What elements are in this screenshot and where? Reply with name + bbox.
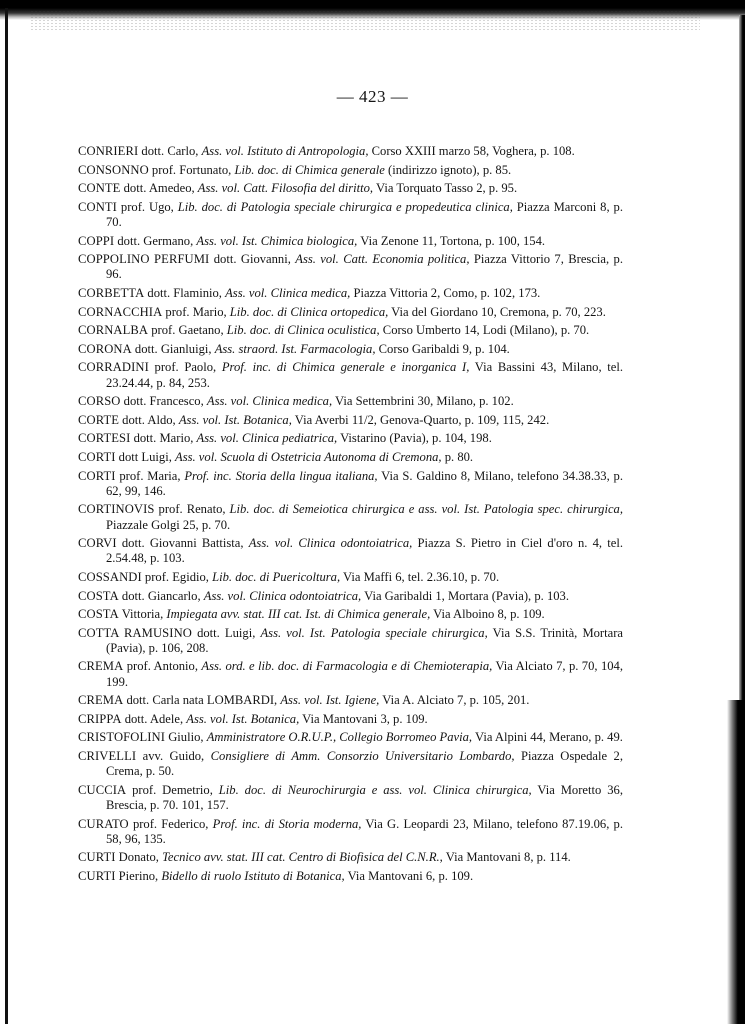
entry-role: Lib. doc. di Patologia speciale chirurgi…	[178, 200, 513, 214]
entry-address: Via Settembrini 30, Milano, p. 102.	[332, 394, 514, 408]
directory-entry: CORTI prof. Maria, Prof. inc. Storia del…	[78, 469, 623, 499]
entry-title-name: prof. Gaetano,	[148, 323, 227, 337]
entry-role: Amministratore O.R.U.P., Collegio Borrom…	[207, 730, 472, 744]
directory-entry: CORTI dott Luigi, Ass. vol. Scuola di Os…	[78, 450, 623, 465]
directory-entry: CURATO prof. Federico, Prof. inc. di Sto…	[78, 817, 623, 847]
entry-surname: CORTESI	[78, 431, 130, 445]
directory-entry: CORTESI dott. Mario, Ass. vol. Clinica p…	[78, 431, 623, 446]
directory-entry: COSTA dott. Giancarlo, Ass. vol. Clinica…	[78, 589, 623, 604]
entry-address: Via del Giordano 10, Cremona, p. 70, 223…	[388, 305, 606, 319]
entry-role: Prof. inc. di Storia moderna,	[213, 817, 362, 831]
entry-title-name: dott. Germano,	[114, 234, 196, 248]
entry-address: Via A. Alciato 7, p. 105, 201.	[379, 693, 529, 707]
entry-role: Ass. vol. Clinica odontoiatrica,	[249, 536, 413, 550]
directory-entry: CORBETTA dott. Flaminio, Ass. vol. Clini…	[78, 286, 623, 301]
entry-title-name: dott. Aldo,	[119, 413, 179, 427]
entry-surname: CORONA	[78, 342, 132, 356]
entry-title-name: prof. Paolo,	[149, 360, 222, 374]
directory-entry: CORSO dott. Francesco, Ass. vol. Clinica…	[78, 394, 623, 409]
entry-address: Vistarino (Pavia), p. 104, 198.	[337, 431, 492, 445]
entry-address: Corso Umberto 14, Lodi (Milano), p. 70.	[380, 323, 590, 337]
entry-title-name: dott. Carlo,	[138, 144, 201, 158]
entry-address: Via Mantovani 6, p. 109.	[345, 869, 473, 883]
entry-role: Ass. vol. Clinica medica,	[225, 286, 350, 300]
entry-title-name: dott. Gianluigi,	[132, 342, 215, 356]
directory-entry: CORTINOVIS prof. Renato, Lib. doc. di Se…	[78, 502, 623, 532]
directory-entry: CURTI Donato, Tecnico avv. stat. III cat…	[78, 850, 623, 865]
entry-surname: CONTE	[78, 181, 120, 195]
directory-entry: COPPI dott. Germano, Ass. vol. Ist. Chim…	[78, 234, 623, 249]
entry-role: Ass. ord. e lib. doc. di Farmacologia e …	[201, 659, 492, 673]
entry-title-name: dott. Mario,	[130, 431, 196, 445]
entry-title-name: prof. Renato,	[155, 502, 230, 516]
entry-address: Via Zenone 11, Tortona, p. 100, 154.	[357, 234, 545, 248]
entry-surname: COSTA	[78, 607, 119, 621]
entry-surname: CORVI	[78, 536, 117, 550]
directory-entry: CUCCIA prof. Demetrio, Lib. doc. di Neur…	[78, 783, 623, 813]
entry-address: Via Torquato Tasso 2, p. 95.	[373, 181, 517, 195]
directory-entry: CONTE dott. Amedeo, Ass. vol. Catt. Filo…	[78, 181, 623, 196]
entry-surname: CUCCIA	[78, 783, 126, 797]
entry-surname: CORSO	[78, 394, 121, 408]
entry-role: Ass. straord. Ist. Farmacologia,	[215, 342, 376, 356]
entry-title-name: prof. Federico,	[129, 817, 213, 831]
entry-role: Ass. vol. Istituto di Antropologia,	[202, 144, 369, 158]
entry-address: Piazza Vittoria 2, Como, p. 102, 173.	[350, 286, 540, 300]
entry-title-name: prof. Ugo,	[117, 200, 178, 214]
entry-surname: CORTI	[78, 469, 116, 483]
entry-address: (indirizzo ignoto), p. 85.	[385, 163, 511, 177]
entry-surname: CORTE	[78, 413, 119, 427]
entry-surname: CORNALBA	[78, 323, 148, 337]
directory-entry: CORONA dott. Gianluigi, Ass. straord. Is…	[78, 342, 623, 357]
entry-title-name: dott Luigi,	[116, 450, 175, 464]
directory-entry: CORNACCHIA prof. Mario, Lib. doc. di Cli…	[78, 305, 623, 320]
entry-role: Lib. doc. di Clinica oculistica,	[227, 323, 380, 337]
directory-entry: CRIVELLI avv. Guido, Consigliere di Amm.…	[78, 749, 623, 779]
directory-entry: CORRADINI prof. Paolo, Prof. inc. di Chi…	[78, 360, 623, 390]
entry-surname: CORTINOVIS	[78, 502, 155, 516]
entry-surname: COPPOLINO PERFUMI	[78, 252, 209, 266]
entry-surname: COPPI	[78, 234, 114, 248]
entry-address: Corso Garibaldi 9, p. 104.	[376, 342, 510, 356]
entry-title-name: dott. Carla nata LOMBARDI,	[123, 693, 280, 707]
entry-surname: CORRADINI	[78, 360, 149, 374]
entry-title-name: Vittoria,	[119, 607, 167, 621]
entry-address: Via Averbi 11/2, Genova-Quarto, p. 109, …	[292, 413, 549, 427]
entry-role: Ass. vol. Clinica odontoiatrica,	[204, 589, 361, 603]
entry-role: Ass. vol. Ist. Igiene,	[280, 693, 379, 707]
entry-surname: CONSONNO	[78, 163, 149, 177]
directory-entry: CRIPPA dott. Adele, Ass. vol. Ist. Botan…	[78, 712, 623, 727]
directory-entries: CONRIERI dott. Carlo, Ass. vol. Istituto…	[78, 144, 623, 888]
entry-role: Lib. doc. di Chimica generale	[234, 163, 384, 177]
entry-address: Corso XXIII marzo 58, Voghera, p. 108.	[368, 144, 574, 158]
entry-address: Via Maffi 6, tel. 2.36.10, p. 70.	[340, 570, 499, 584]
scan-right-shadow	[727, 700, 745, 1024]
entry-role: Prof. inc. di Chimica generale e inorgan…	[222, 360, 470, 374]
entry-role: Ass. vol. Scuola di Ostetricia Autonoma …	[175, 450, 442, 464]
entry-address: Via Garibaldi 1, Mortara (Pavia), p. 103…	[361, 589, 569, 603]
directory-entry: CONSONNO prof. Fortunato, Lib. doc. di C…	[78, 163, 623, 178]
entry-role: Lib. doc. di Semeiotica chirurgica e ass…	[230, 502, 623, 516]
entry-title-name: prof. Antonio,	[123, 659, 201, 673]
entry-address: Via Mantovani 3, p. 109.	[299, 712, 427, 726]
entry-role: Ass. vol. Ist. Botanica,	[179, 413, 292, 427]
entry-title-name: Donato,	[116, 850, 163, 864]
entry-role: Ass. vol. Ist. Botanica,	[186, 712, 299, 726]
entry-role: Bidello di ruolo Istituto di Botanica,	[161, 869, 344, 883]
entry-address: Piazzale Golgi 25, p. 70.	[106, 518, 230, 532]
entry-title-name: prof. Demetrio,	[126, 783, 219, 797]
scan-left-edge	[5, 8, 8, 1024]
entry-title-name: dott. Giovanni Battista,	[117, 536, 249, 550]
scan-noise	[30, 10, 700, 32]
directory-entry: CRISTOFOLINI Giulio, Amministratore O.R.…	[78, 730, 623, 745]
entry-surname: COTTA RAMUSINO	[78, 626, 192, 640]
entry-surname: CREMA	[78, 693, 123, 707]
entry-title-name: avv. Guido,	[136, 749, 210, 763]
directory-entry: CONRIERI dott. Carlo, Ass. vol. Istituto…	[78, 144, 623, 159]
entry-surname: CONTI	[78, 200, 117, 214]
directory-entry: CURTI Pierino, Bidello di ruolo Istituto…	[78, 869, 623, 884]
directory-entry: COSTA Vittoria, Impiegata avv. stat. III…	[78, 607, 623, 622]
entry-role: Ass. vol. Clinica medica,	[207, 394, 332, 408]
entry-role: Ass. vol. Ist. Chimica biologica,	[196, 234, 357, 248]
entry-surname: CORTI	[78, 450, 116, 464]
entry-title-name: prof. Egidio,	[142, 570, 212, 584]
entry-surname: CRIPPA	[78, 712, 122, 726]
entry-role: Ass. vol. Ist. Patologia speciale chirur…	[260, 626, 487, 640]
entry-title-name: prof. Fortunato,	[149, 163, 235, 177]
entry-surname: CORBETTA	[78, 286, 144, 300]
entry-surname: CRISTOFOLINI	[78, 730, 165, 744]
entry-surname: CURTI	[78, 850, 116, 864]
entry-title-name: dott. Francesco,	[121, 394, 207, 408]
directory-entry: CREMA prof. Antonio, Ass. ord. e lib. do…	[78, 659, 623, 689]
entry-title-name: dott. Giancarlo,	[119, 589, 204, 603]
entry-title-name: prof. Maria,	[116, 469, 185, 483]
directory-entry: CORNALBA prof. Gaetano, Lib. doc. di Cli…	[78, 323, 623, 338]
entry-title-name: dott. Adele,	[122, 712, 187, 726]
entry-address: Via Mantovani 8, p. 114.	[443, 850, 571, 864]
entry-title-name: Pierino,	[116, 869, 162, 883]
entry-role: Prof. inc. Storia della lingua italiana,	[184, 469, 377, 483]
entry-title-name: dott. Giovanni,	[209, 252, 295, 266]
entry-surname: CURATO	[78, 817, 129, 831]
directory-entry: COPPOLINO PERFUMI dott. Giovanni, Ass. v…	[78, 252, 623, 282]
entry-surname: CORNACCHIA	[78, 305, 162, 319]
directory-entry: CONTI prof. Ugo, Lib. doc. di Patologia …	[78, 200, 623, 230]
entry-title-name: Giulio,	[165, 730, 207, 744]
entry-address: p. 80.	[442, 450, 473, 464]
entry-role: Tecnico avv. stat. III cat. Centro di Bi…	[162, 850, 443, 864]
entry-surname: COSSANDI	[78, 570, 142, 584]
entry-role: Impiegata avv. stat. III cat. Ist. di Ch…	[166, 607, 430, 621]
entry-role: Consigliere di Amm. Consorzio Universita…	[211, 749, 515, 763]
entry-title-name: dott. Amedeo,	[120, 181, 197, 195]
directory-entry: COSSANDI prof. Egidio, Lib. doc. di Puer…	[78, 570, 623, 585]
directory-entry: CORVI dott. Giovanni Battista, Ass. vol.…	[78, 536, 623, 566]
entry-role: Lib. doc. di Neurochirurgia e ass. vol. …	[219, 783, 532, 797]
entry-role: Ass. vol. Catt. Economia politica,	[295, 252, 469, 266]
directory-entry: CREMA dott. Carla nata LOMBARDI, Ass. vo…	[78, 693, 623, 708]
entry-title-name: dott. Flaminio,	[144, 286, 225, 300]
entry-role: Lib. doc. di Puericoltura,	[212, 570, 340, 584]
entry-role: Ass. vol. Clinica pediatrica,	[197, 431, 338, 445]
entry-surname: CREMA	[78, 659, 123, 673]
entry-surname: COSTA	[78, 589, 119, 603]
directory-entry: COTTA RAMUSINO dott. Luigi, Ass. vol. Is…	[78, 626, 623, 656]
entry-role: Lib. doc. di Clinica ortopedica,	[230, 305, 388, 319]
directory-entry: CORTE dott. Aldo, Ass. vol. Ist. Botanic…	[78, 413, 623, 428]
page-number: — 423 —	[0, 87, 745, 107]
entry-address: Via Alpini 44, Merano, p. 49.	[472, 730, 623, 744]
entry-title-name: dott. Luigi,	[192, 626, 261, 640]
entry-address: Via Alboino 8, p. 109.	[430, 607, 544, 621]
entry-surname: CONRIERI	[78, 144, 138, 158]
entry-role: Ass. vol. Catt. Filosofia del diritto,	[198, 181, 373, 195]
entry-surname: CURTI	[78, 869, 116, 883]
entry-surname: CRIVELLI	[78, 749, 136, 763]
entry-title-name: prof. Mario,	[162, 305, 230, 319]
